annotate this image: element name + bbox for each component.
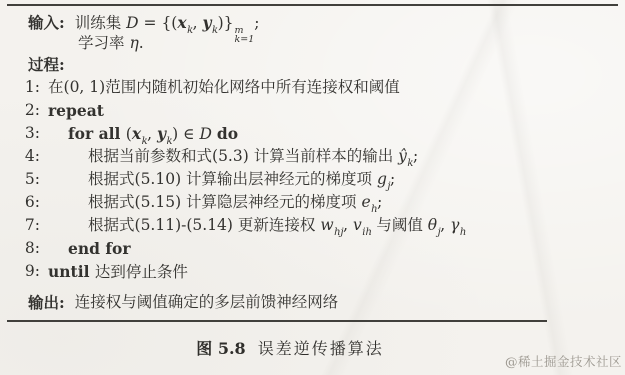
output-line: 输出: 连接权与阈值确定的多层前馈神经网络 (0, 291, 625, 314)
step-number: 6: (0, 191, 40, 214)
figure-caption: 图 5.8误差逆传播算法 (0, 336, 580, 359)
step-content: 根据式(5.11)-(5.14) 更新连接权 whj, vih 与阈值 θj, … (40, 214, 466, 237)
step-content: 根据式(5.10) 计算输出层神经元的梯度项 gj; (40, 168, 395, 191)
step-content: repeat (40, 99, 104, 122)
input-line: 输入: 训练集 D = {(xk, yk)}mk=1; (0, 13, 625, 33)
watermark: @稀土掘金技术社区 (505, 352, 622, 370)
input-value-line2: 学习率 η. (78, 34, 144, 52)
input-label: 输入: (28, 13, 65, 33)
step-number: 2: (0, 99, 40, 122)
algorithm-step: 2:repeat (0, 99, 625, 122)
process-line: 过程: (0, 53, 625, 76)
step-number: 4: (0, 145, 40, 168)
step-number: 8: (0, 237, 40, 260)
sup-sub-stack: mk=1 (235, 26, 255, 44)
step-number: 7: (0, 214, 40, 237)
step-content: for all (xk, yk) ∈ D do (40, 122, 238, 145)
algorithm-step: 3:for all (xk, yk) ∈ D do (0, 122, 625, 145)
algorithm-step: 5:根据式(5.10) 计算输出层神经元的梯度项 gj; (0, 168, 625, 191)
step-number: 9: (0, 260, 40, 283)
algorithm-step: 7:根据式(5.11)-(5.14) 更新连接权 whj, vih 与阈值 θj… (0, 214, 625, 237)
algorithm-bottom-rule (7, 320, 547, 322)
step-content: 在(0, 1)范围内随机初始化网络中所有连接权和阈值 (40, 76, 400, 99)
step-content: 根据当前参数和式(5.3) 计算当前样本的输出 ŷk; (40, 145, 418, 168)
algorithm-step: 4:根据当前参数和式(5.3) 计算当前样本的输出 ŷk; (0, 145, 625, 168)
algorithm-steps: 1:在(0, 1)范围内随机初始化网络中所有连接权和阈值2:repeat3:fo… (0, 76, 625, 283)
step-number: 5: (0, 168, 40, 191)
algorithm-step: 6:根据式(5.15) 计算隐层神经元的梯度项 eh; (0, 191, 625, 214)
step-content: until 达到停止条件 (40, 260, 188, 283)
algorithm-step: 8:end for (0, 237, 625, 260)
algorithm-box: 输入: 训练集 D = {(xk, yk)}mk=1; 学习率 η. 过程: 1… (0, 13, 625, 314)
algorithm-top-rule (7, 4, 618, 6)
figure-number: 图 5.8 (196, 339, 245, 358)
input-value-line1: 训练集 D = {(xk, yk)}mk=1; (75, 13, 260, 33)
process-label: 过程: (28, 56, 65, 74)
algorithm-step: 9:until 达到停止条件 (0, 260, 625, 283)
figure-title: 误差逆传播算法 (258, 339, 384, 358)
step-content: end for (40, 237, 131, 260)
input-line-2: 学习率 η. (0, 33, 625, 53)
textbook-page: 输入: 训练集 D = {(xk, yk)}mk=1; 学习率 η. 过程: 1… (0, 0, 625, 375)
step-number: 1: (0, 76, 40, 99)
output-value: 连接权与阈值确定的多层前馈神经网络 (75, 291, 339, 314)
output-label: 输出: (28, 291, 65, 314)
step-content: 根据式(5.15) 计算隐层神经元的梯度项 eh; (40, 191, 382, 214)
algorithm-step: 1:在(0, 1)范围内随机初始化网络中所有连接权和阈值 (0, 76, 625, 99)
step-number: 3: (0, 122, 40, 145)
